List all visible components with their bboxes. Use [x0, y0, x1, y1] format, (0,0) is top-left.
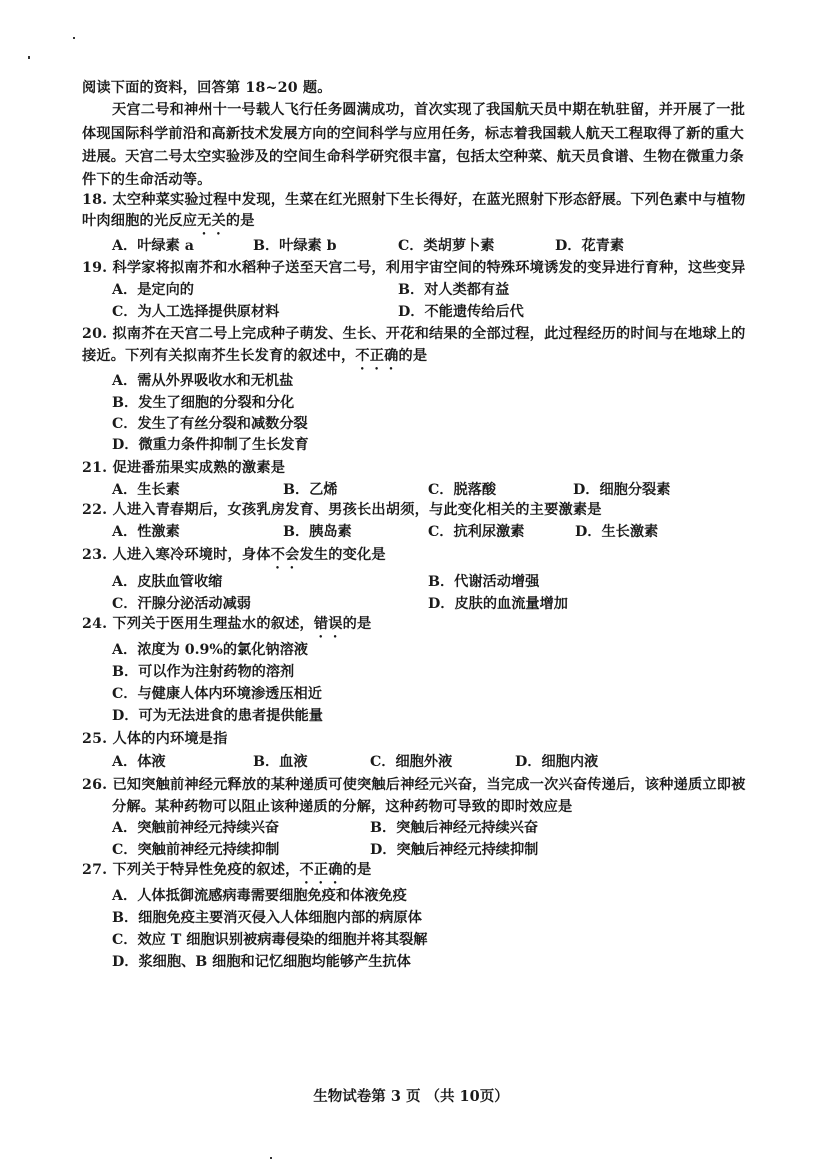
option-d: D．浆细胞、B 细胞和记忆细胞均能够产生抗体: [112, 952, 411, 972]
option-c: C．脱落酸: [428, 480, 496, 500]
question-number: 18.: [82, 192, 107, 208]
reading-intro: 阅读下面的资料，回答第 18~20 题。: [82, 78, 332, 98]
question-stem: 人体的内环境是指: [112, 731, 227, 747]
option-a: A．体液: [112, 752, 166, 772]
option-b: B．对人类都有益: [398, 280, 509, 300]
question-21: 21. 促进番茄果实成熟的激素是: [82, 458, 285, 478]
question-stem: 人进入青春期后，女孩乳房发育、男孩长出胡须，与此变化相关的主要激素是: [112, 502, 601, 518]
emphasis-text: 不正确: [355, 348, 398, 364]
question-26-line-2: 分解。某种药物可以阻止该种递质的分解，这种药物可导致的即时效应是: [112, 797, 572, 817]
question-22: 22. 人进入青春期后，女孩乳房发育、男孩长出胡须，与此变化相关的主要激素是: [82, 500, 602, 520]
question-stem: 太空种菜实验过程中发现，生菜在红光照射下生长得好，在蓝光照射下形态舒展。下列色素…: [112, 192, 745, 208]
question-number: 22.: [82, 502, 107, 518]
option-c: C．汗腺分泌活动减弱: [112, 594, 251, 614]
passage-line-3: 进展。天宫二号太空实验涉及的空间生命科学研究很丰富，包括太空种菜、航天员食谱、生…: [82, 147, 744, 167]
option-d: D．花青素: [555, 236, 624, 256]
question-number: 24.: [82, 616, 107, 632]
option-c: C．为人工选择提供原材料: [112, 302, 279, 322]
question-20-line-2: 接近。下列有关拟南芥生长发育的叙述中，不正确的是: [82, 346, 427, 373]
option-d: D．不能遗传给后代: [398, 302, 524, 322]
question-stem: 促进番茄果实成熟的激素是: [112, 460, 285, 476]
question-27: 27. 下列关于特异性免疫的叙述，不正确的是: [82, 860, 371, 887]
emphasis-text: 错误: [314, 616, 343, 632]
option-d: D．皮肤的血流量增加: [428, 594, 568, 614]
question-number: 19.: [82, 260, 107, 276]
question-stem: 人进入寒冷环境时，身体: [112, 547, 270, 563]
option-c: C．类胡萝卜素: [398, 236, 494, 256]
option-c: C．与健康人体内环境渗透压相近: [112, 684, 322, 704]
option-b: B．细胞免疫主要消灭侵入人体细胞内部的病原体: [112, 908, 422, 928]
option-b: B．叶绿素 b: [253, 236, 337, 256]
passage-line-2: 体现国际科学前沿和高新技术发展方向的空间科学与应用任务，标志着我国载人航天工程取…: [82, 124, 744, 144]
option-b: B．发生了细胞的分裂和分化: [112, 393, 294, 413]
question-number: 23.: [82, 547, 107, 563]
question-number: 26.: [82, 777, 107, 793]
question-stem: 下列关于特异性免疫的叙述，: [112, 862, 299, 878]
option-c: C．效应 T 细胞识别被病毒侵染的细胞并将其裂解: [112, 930, 427, 950]
option-a: A．性激素: [112, 522, 180, 542]
question-18-line-2: 叶肉细胞的光反应无关的是: [82, 211, 255, 238]
question-number: 20.: [82, 326, 107, 342]
option-a: A．人体抵御流感病毒需要细胞免疫和体液免疫: [112, 886, 407, 906]
option-b: B．突触后神经元持续兴奋: [370, 818, 538, 838]
option-d: D．可为无法进食的患者提供能量: [112, 706, 323, 726]
emphasis-text: 不会: [271, 547, 300, 563]
question-stem: 科学家将拟南芥和水稻种子送至天宫二号，利用宇宙空间的特殊环境诱发的变异进行育种，…: [112, 260, 745, 276]
option-c: C．突触前神经元持续抑制: [112, 840, 279, 860]
question-24: 24. 下列关于医用生理盐水的叙述，错误的是: [82, 614, 371, 641]
option-c: C．抗利尿激素: [428, 522, 524, 542]
emphasis-text: 不正确: [299, 862, 342, 878]
scan-speck: [73, 37, 75, 39]
question-25: 25. 人体的内环境是指: [82, 729, 228, 749]
question-number: 21.: [82, 460, 107, 476]
option-b: B．代谢活动增强: [428, 572, 539, 592]
option-a: A．需从外界吸收水和无机盐: [112, 371, 293, 391]
question-20: 20. 拟南芥在天宫二号上完成种子萌发、生长、开花和结果的全部过程，此过程经历的…: [82, 324, 746, 344]
option-c: C．发生了有丝分裂和减数分裂: [112, 414, 308, 434]
passage-line-4: 件下的生命活动等。: [82, 170, 212, 190]
emphasis-text: 无关: [197, 213, 226, 229]
question-number: 25.: [82, 731, 107, 747]
option-a: A．生长素: [112, 480, 180, 500]
question-18: 18. 太空种菜实验过程中发现，生菜在红光照射下生长得好，在蓝光照射下形态舒展。…: [82, 190, 746, 210]
passage-line-1: 天宫二号和神州十一号载人飞行任务圆满成功，首次实现了我国航天员中期在轨驻留，并开…: [112, 100, 745, 120]
option-b: B．可以作为注射药物的溶剂: [112, 662, 294, 682]
option-d: D．生长激素: [575, 522, 658, 542]
option-a: A．突触前神经元持续兴奋: [112, 818, 279, 838]
option-a: A．皮肤血管收缩: [112, 572, 222, 592]
option-b: B．胰岛素: [283, 522, 352, 542]
question-number: 27.: [82, 862, 107, 878]
option-b: B．血液: [253, 752, 308, 772]
question-23: 23. 人进入寒冷环境时，身体不会发生的变化是: [82, 545, 386, 572]
option-c: C．细胞外液: [370, 752, 452, 772]
option-d: D．突触后神经元持续抑制: [370, 840, 538, 860]
option-d: D．细胞内液: [515, 752, 598, 772]
exam-page: 阅读下面的资料，回答第 18~20 题。 天宫二号和神州十一号载人飞行任务圆满成…: [0, 0, 822, 1175]
scan-speck: [28, 56, 30, 59]
question-stem: 已知突触前神经元释放的某种递质可使突触后神经元兴奋，当完成一次兴奋传递后，该种递…: [112, 777, 745, 793]
option-a: A．是定向的: [112, 280, 194, 300]
option-a: A．叶绿素 a: [112, 236, 194, 256]
question-26: 26. 已知突触前神经元释放的某种递质可使突触后神经元兴奋，当完成一次兴奋传递后…: [82, 775, 746, 795]
option-a: A．浓度为 0.9%的氯化钠溶液: [112, 640, 308, 660]
page-footer: 生物试卷第 3 页 （共 10页）: [0, 1085, 822, 1106]
option-d: D．微重力条件抑制了生长发育: [112, 435, 309, 455]
option-d: D．细胞分裂素: [573, 480, 670, 500]
scan-speck: [270, 1157, 272, 1159]
question-stem: 拟南芥在天宫二号上完成种子萌发、生长、开花和结果的全部过程，此过程经历的时间与在…: [112, 326, 745, 342]
question-19: 19. 科学家将拟南芥和水稻种子送至天宫二号，利用宇宙空间的特殊环境诱发的变异进…: [82, 258, 746, 278]
option-b: B．乙烯: [283, 480, 338, 500]
question-stem: 下列关于医用生理盐水的叙述，: [112, 616, 313, 632]
